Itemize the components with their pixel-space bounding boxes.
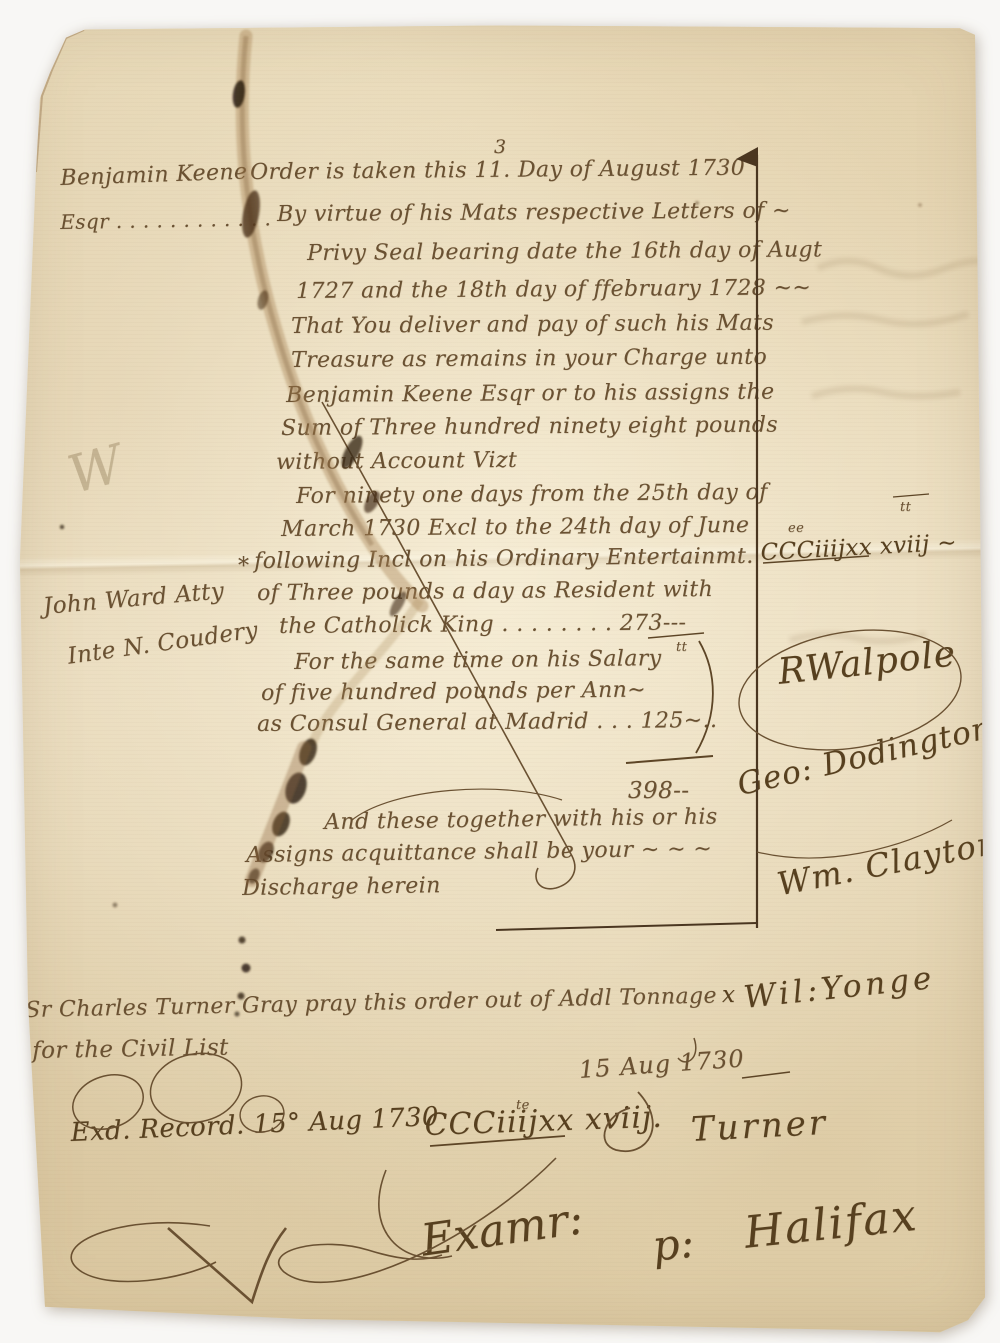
record-line: Exd. Record. 15° Aug 1730 [70, 1102, 440, 1148]
per-mark: p: [650, 1218, 697, 1271]
day-correction-numeral: 3 [494, 136, 507, 158]
body-line: For the same time on his Salary [294, 646, 662, 675]
body-line: Benjamin Keene Esqr or to his assigns th… [286, 380, 775, 408]
body-line: without Account Vizt [276, 448, 517, 475]
margin-payee-name: Benjamin Keene [60, 159, 248, 191]
body-line: For ninety one days from the 25th day of [296, 480, 768, 509]
pay-order-line1: Sr Charles Turner Gray pray this order o… [25, 984, 717, 1023]
body-line: following Incl on his Ordinary Entertain… [254, 544, 754, 574]
signature-yonge: Wil:Yonge [742, 960, 937, 1016]
tear-edge [36, 30, 84, 172]
sum-total: 398-- [628, 778, 689, 804]
body-line: 1727 and the 18th day of ffebruary 1728 … [296, 275, 811, 304]
margin-payee-suffix: Esqr . . . . . . . . . . . . [60, 206, 271, 234]
body-line: as Consul General at Madrid . . . 125~.. [257, 708, 717, 737]
pay-order-line2: for the Civil List [32, 1035, 229, 1064]
body-line: the Catholick King . . . . . . . . 273--… [279, 610, 686, 639]
ghost-showthrough [790, 261, 988, 641]
body-line: Treasure as remains in your Charge unto [291, 345, 767, 373]
signature-turner: Turner [690, 1103, 829, 1150]
body-line: Privy Seal bearing date the 16th day of … [307, 237, 822, 266]
body-line: of Three pounds a day as Resident with [257, 577, 713, 606]
margin-agent-line1: John Ward Atty [42, 578, 225, 620]
body-line: By virtue of his Mats respective Letters… [277, 198, 791, 227]
record-sum-notation: CCCiiijxx xviij. [424, 1100, 663, 1143]
pay-date: 15 Aug 1730 [578, 1044, 746, 1084]
exam-label: Examr: [418, 1193, 587, 1266]
body-line: That You deliver and pay of such his Mat… [291, 311, 774, 339]
body-line: And these together with his or his [324, 805, 718, 835]
tt-superscript-amount: tt [676, 640, 687, 655]
paper-surface: Benjamin Keene Esqr . . . . . . . . . . … [0, 0, 1000, 1343]
signature-dodington: Geo: Dodington. [734, 707, 1000, 803]
body-line: of five hundred pounds per Ann~ [261, 678, 646, 706]
tt-superscript: tt [900, 500, 911, 515]
body-line: Order is taken this 11. Day of August 17… [250, 156, 745, 185]
signature-halifax: Halifax [742, 1190, 920, 1259]
signature-clayton: Wm. Clayton [774, 823, 1000, 903]
margin-agent-line2: Inte N. Coudery [66, 617, 260, 669]
body-line: Discharge herein [242, 873, 441, 901]
body-line: March 1730 Excl to the 24th day of June [281, 513, 750, 542]
margin-asterisk: * [238, 554, 249, 579]
ee-superscript: ee [788, 521, 804, 536]
yonge-x-mark: x [722, 982, 735, 1008]
paper-sheet: Benjamin Keene Esqr . . . . . . . . . . … [0, 0, 1000, 1343]
body-line: Sum of Three hundred ninety eight pounds [281, 413, 778, 441]
signature-walpole: RWalpole [776, 633, 958, 692]
body-line: Assigns acquittance shall be your ~ ~ ~ [246, 836, 712, 868]
margin-w-mark: W [62, 434, 130, 506]
manuscript-photo: Benjamin Keene Esqr . . . . . . . . . . … [0, 0, 1000, 1343]
